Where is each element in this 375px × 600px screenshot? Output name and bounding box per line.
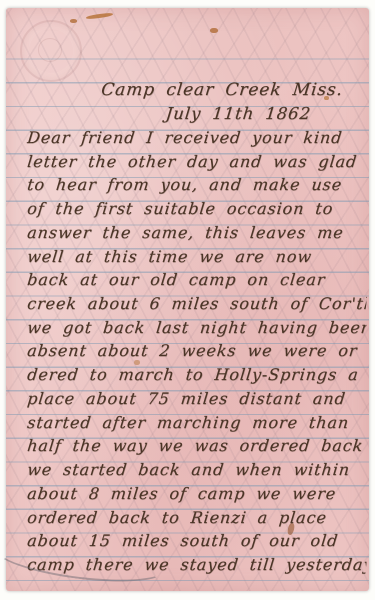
letter-page: Camp clear Creek Miss. July 11th 1862 De… xyxy=(6,8,369,591)
letter-line: ordered back to Rienzi a place xyxy=(26,506,367,530)
letter-line: letter the other day and was glad xyxy=(26,150,367,174)
letter-heading: Camp clear Creek Miss. July 11th 1862 xyxy=(6,78,369,126)
letter-line: we got back last night having been xyxy=(26,316,367,340)
letter-line: of the first suitable occasion to xyxy=(26,197,367,221)
letter-line: about 8 miles of camp we were xyxy=(26,482,367,506)
letter-line: answer the same, this leaves me xyxy=(26,221,367,245)
letter-heading-date: July 11th 1862 xyxy=(5,102,371,126)
letter-line: camp there we stayed till yesterday xyxy=(26,553,367,577)
letter-line: dered to march to Holly-Springs a xyxy=(26,363,367,387)
letter-heading-location: Camp clear Creek Miss. xyxy=(5,78,371,102)
foxing-speck xyxy=(70,19,77,23)
letter-line: started after marching more than xyxy=(26,411,367,435)
letter-line: about 15 miles south of our old xyxy=(26,529,367,553)
letter-line: we started back and when within xyxy=(26,458,367,482)
letter-line: half the way we was ordered back xyxy=(26,434,367,458)
letter-line: Dear friend I received your kind xyxy=(26,126,367,150)
letter-line: absent about 2 weeks we were or xyxy=(26,339,367,363)
letter-line: place about 75 miles distant and xyxy=(26,387,367,411)
foxing-speck xyxy=(86,12,113,20)
letter-line: back at our old camp on clear xyxy=(26,268,367,292)
foxing-speck xyxy=(210,28,218,33)
embossed-seal-icon xyxy=(20,20,82,82)
letter-body: Dear friend I received your kindletter t… xyxy=(26,126,365,577)
letter-line: to hear from you, and make use xyxy=(26,173,367,197)
letter-line: creek about 6 miles south of Cor'th xyxy=(26,292,367,316)
letter-photo: Camp clear Creek Miss. July 11th 1862 De… xyxy=(0,0,375,600)
letter-line: well at this time we are now xyxy=(26,245,367,269)
